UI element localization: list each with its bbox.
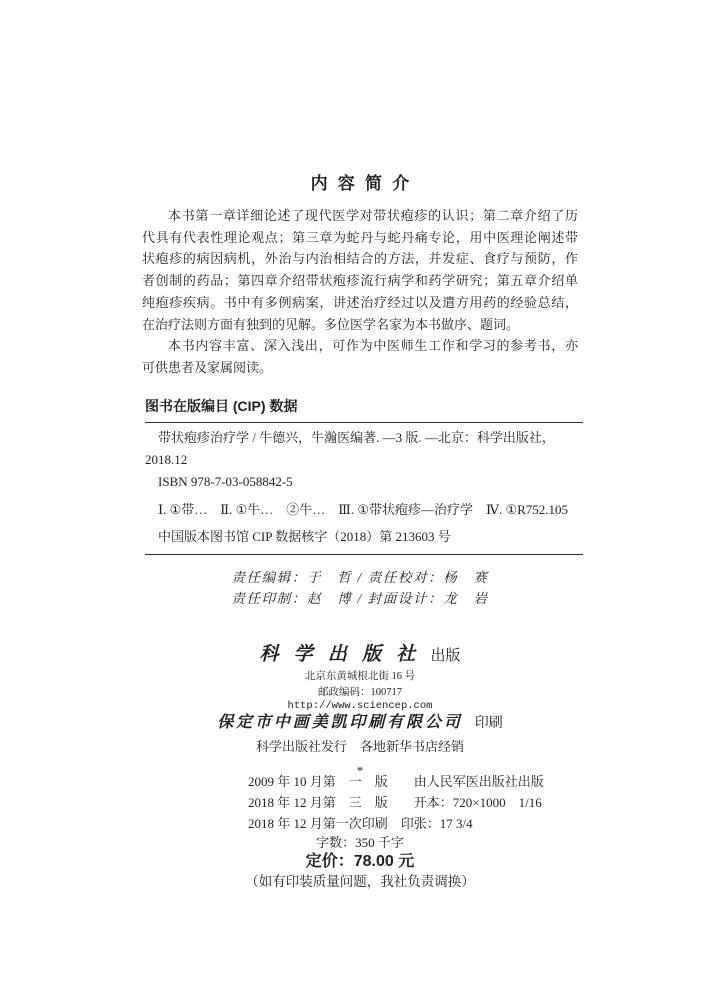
intro-line: 本书第一章详细论述了现代医学对带状疱疹的认识；第二章介绍了历 bbox=[142, 205, 578, 227]
edition-dates: 2009 年 10 月第 一 版 由人民军医出版社出版 2018 年 12 月第… bbox=[248, 771, 544, 834]
cip-rule-bottom bbox=[145, 554, 583, 555]
price: 定价：78.00 元 bbox=[0, 852, 720, 872]
publisher-postcode: 邮政编码：100717 bbox=[0, 686, 720, 700]
intro-body: 本书第一章详细论述了现代医学对带状疱疹的认识；第二章介绍了历 代具有代表性理论观… bbox=[142, 205, 578, 379]
publisher-logotype: 科学出版社 bbox=[259, 644, 430, 665]
intro-line: 本书内容丰富、深入浅出，可作为中医师生工作和学习的参考书，亦 bbox=[142, 335, 578, 357]
intro-line: 在治疗法则方面有独到的见解。多位医学名家为本书做序、题词。 bbox=[142, 314, 578, 336]
intro-line: 代具有代表性理论观点；第三章为蛇丹与蛇丹痛专论，用中医理论阐述带 bbox=[142, 227, 578, 249]
credits-line-editors: 责任编辑：于 哲 / 责任校对：杨 赛 bbox=[0, 567, 720, 588]
printing-block: 保定市中画美凯印刷有限公司印刷 科学出版社发行 各地新华书店经销 * bbox=[0, 712, 720, 779]
printer-name: 保定市中画美凯印刷有限公司 bbox=[217, 714, 462, 731]
publisher-address: 北京东黄城根北街 16 号 bbox=[0, 670, 720, 684]
publisher-name-line: 科学出版社出版 bbox=[0, 642, 720, 668]
quality-notice: （如有印装质量问题，我社负责调换） bbox=[0, 872, 720, 892]
edition-center: 字数：350 千字 定价：78.00 元 （如有印装质量问题，我社负责调换） bbox=[0, 834, 720, 892]
intro-title: 内容简介 bbox=[5, 172, 720, 196]
intro-line: 状疱疹的病因病机，外治与内治相结合的方法，并发症、食疗与预防，作 bbox=[142, 248, 578, 270]
copyright-page: 内容简介 本书第一章详细论述了现代医学对带状疱疹的认识；第二章介绍了历 代具有代… bbox=[0, 0, 720, 1000]
edition-third: 2018 年 12 月第 三 版 开本：720×1000 1/16 bbox=[248, 792, 544, 813]
word-count: 字数：350 千字 bbox=[0, 834, 720, 852]
printer-suffix: 印刷 bbox=[475, 716, 503, 731]
credits-block: 责任编辑：于 哲 / 责任校对：杨 赛 责任印制：赵 博 / 封面设计：龙 岩 bbox=[0, 567, 720, 609]
publisher-suffix: 出版 bbox=[431, 648, 461, 664]
printer-line: 保定市中画美凯印刷有限公司印刷 bbox=[0, 712, 720, 735]
cip-registry: 中国版本图书馆 CIP 数据核字（2018）第 213603 号 bbox=[145, 526, 583, 548]
cip-title-line: 带状疱疹治疗学 / 牛德兴，牛瀚医编著. —3 版. —北京：科学出版社， bbox=[145, 427, 583, 449]
cip-classification: Ⅰ. ①带… Ⅱ. ①牛… ②牛… Ⅲ. ①带状疱疹—治疗学 Ⅳ. ①R752.… bbox=[145, 499, 583, 521]
cip-isbn: ISBN 978-7-03-058842-5 bbox=[145, 471, 583, 493]
intro-line: 者创制的药品；第四章介绍带状疱疹流行病学和药学研究；第五章介绍单 bbox=[142, 270, 578, 292]
credits-line-printing: 责任印制：赵 博 / 封面设计：龙 岩 bbox=[0, 588, 720, 609]
cip-rule-top bbox=[145, 422, 583, 423]
intro-line: 纯疱疹疾病。书中有多例病案，讲述治疗经过以及遣方用药的经验总结， bbox=[142, 292, 578, 314]
publisher-url: http://www.sciencep.com bbox=[0, 699, 720, 713]
publisher-block: 科学出版社出版 北京东黄城根北街 16 号 邮政编码：100717 http:/… bbox=[0, 642, 720, 713]
distribution-line: 科学出版社发行 各地新华书店经销 bbox=[0, 737, 720, 757]
cip-section: 图书在版编目 (CIP) 数据 带状疱疹治疗学 / 牛德兴，牛瀚医编著. —3 … bbox=[145, 397, 583, 555]
edition-printing: 2018 年 12 月第一次印刷 印张：17 3/4 bbox=[248, 813, 544, 834]
edition-first: 2009 年 10 月第 一 版 由人民军医出版社出版 bbox=[248, 771, 544, 792]
intro-line: 可供患者及家属阅读。 bbox=[142, 357, 578, 379]
cip-year-line: 2018.12 bbox=[145, 449, 583, 471]
cip-header: 图书在版编目 (CIP) 数据 bbox=[145, 397, 583, 415]
